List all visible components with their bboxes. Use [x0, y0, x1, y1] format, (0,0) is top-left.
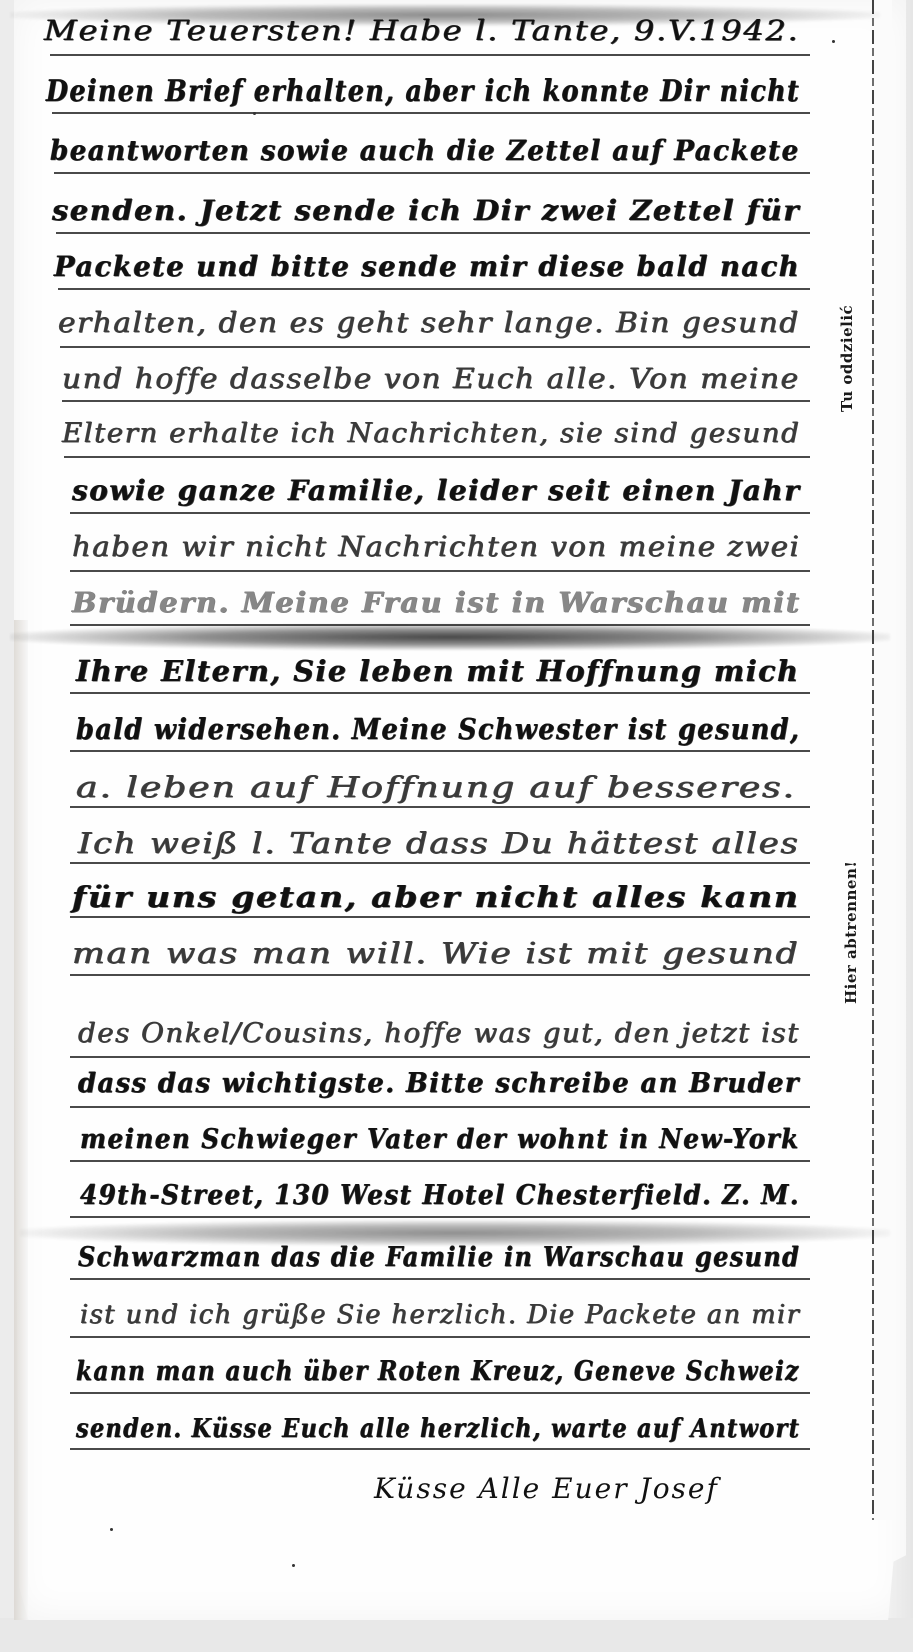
- letter-line: des Onkel/Cousins, hoffe was gut, den je…: [78, 1018, 800, 1049]
- ruled-line: [58, 288, 810, 290]
- letter-closing-signature: Küsse Alle Euer Josef: [374, 1472, 719, 1505]
- ruled-line: [64, 456, 810, 458]
- paper-speck: [110, 1528, 113, 1531]
- ruled-line: [70, 1056, 810, 1058]
- letter-line: haben wir nicht Nachrichten von meine zw…: [72, 530, 800, 563]
- ruled-line: [70, 1336, 810, 1338]
- ruled-line: [50, 54, 810, 56]
- letter-line: bald widersehen. Meine Schwester ist ges…: [76, 712, 800, 746]
- ruled-line: [70, 862, 810, 864]
- letter-line: Ihre Eltern, Sie leben mit Hoffnung mich: [76, 654, 800, 688]
- letter-line: senden. Jetzt sende ich Dir zwei Zettel …: [52, 194, 800, 227]
- detachable-stub: [874, 0, 892, 1520]
- letter-line: für uns getan, aber nicht alles kann: [72, 880, 800, 914]
- ruled-line: [70, 1392, 810, 1394]
- letter-line: ist und ich grüße Sie herzlich. Die Pack…: [80, 1300, 800, 1330]
- letter-line: dass das wichtigste. Bitte schreibe an B…: [78, 1068, 800, 1099]
- fold-shadow-lower: [20, 1220, 890, 1246]
- ruled-line: [70, 1278, 810, 1280]
- letter-line: man was man will. Wie ist mit gesund: [72, 936, 799, 970]
- letter-line: Deinen Brief erhalten, aber ich konnte D…: [46, 74, 800, 109]
- letter-line: meinen Schwieger Vater der wohnt in New-…: [80, 1124, 800, 1155]
- ruled-line: [60, 346, 810, 348]
- letter-line: erhalten, den es geht sehr lange. Bin ge…: [58, 306, 800, 339]
- letter-line: beantworten sowie auch die Zettel auf Pa…: [50, 134, 800, 167]
- ruled-line: [70, 1448, 810, 1450]
- letter-line: Eltern erhalte ich Nachrichten, sie sind…: [62, 418, 800, 449]
- ruled-line: [70, 806, 810, 808]
- ruled-line: [70, 512, 810, 514]
- paper-speck: [832, 40, 835, 43]
- letter-line: Brüdern. Meine Frau ist in Warschau mit: [72, 586, 801, 619]
- letter-line: Packete und bitte sende mir diese bald n…: [54, 250, 800, 283]
- scan-background-bottom: [0, 1618, 913, 1652]
- ruled-line: [70, 570, 810, 572]
- paper-speck: [253, 112, 256, 115]
- side-label-detach-polish: Tu oddzielić: [838, 305, 856, 412]
- ruled-line: [70, 974, 810, 976]
- letter-line: und hoffe dasselbe von Euch alle. Von me…: [62, 362, 800, 395]
- letter-line: Schwarzman das die Familie in Warschau g…: [78, 1242, 800, 1273]
- side-label-detach-german: Hier abtrennen!: [842, 861, 860, 1004]
- letter-line: senden. Küsse Euch alle herzlich, warte …: [76, 1414, 800, 1444]
- ruled-line: [52, 112, 810, 114]
- ruled-line: [70, 1106, 810, 1108]
- ruled-line: [62, 400, 810, 402]
- ruled-line: [70, 1160, 810, 1162]
- ruled-line: [70, 916, 810, 918]
- paper-speck: [292, 1564, 295, 1567]
- ruled-line: [54, 172, 810, 174]
- perforation-line: [872, 0, 874, 1520]
- letter-line: sowie ganze Familie, leider seit einen J…: [72, 474, 801, 507]
- letter-line: kann man auch über Roten Kreuz, Geneve S…: [76, 1356, 800, 1387]
- ruled-line: [70, 692, 810, 694]
- letter-line: Ich weiß l. Tante dass Du hättest alles: [78, 826, 800, 860]
- letter-line: 49th-Street, 130 West Hotel Chesterfield…: [80, 1180, 800, 1211]
- letter-line-heading: Meine Teuersten! Habe l. Tante, 9.V.1942…: [44, 14, 800, 47]
- ruled-line: [70, 1216, 810, 1218]
- ruled-line: [70, 750, 810, 752]
- paper-edge-left: [14, 620, 28, 1620]
- fold-shadow-middle: [10, 624, 890, 650]
- letter-line: a. leben auf Hoffnung auf besseres.: [76, 770, 796, 804]
- ruled-line: [56, 232, 810, 234]
